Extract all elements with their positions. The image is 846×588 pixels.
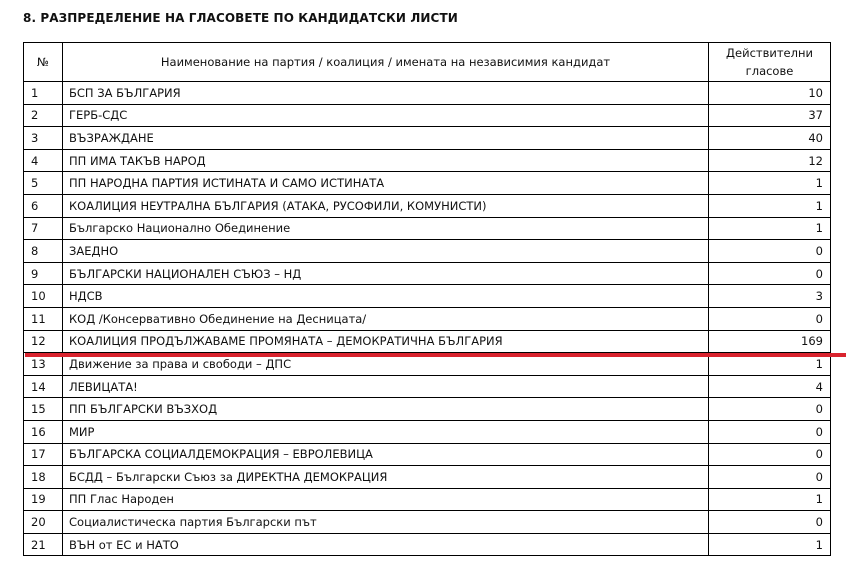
row-number: 20 <box>24 511 63 534</box>
party-name: БСДД – Български Съюз за ДИРЕКТНА ДЕМОКР… <box>63 466 709 489</box>
row-number: 8 <box>24 240 63 263</box>
valid-votes: 0 <box>709 240 831 263</box>
party-name: ПП БЪЛГАРСКИ ВЪЗХОД <box>63 398 709 421</box>
row-number: 11 <box>24 307 63 330</box>
party-name: Българско Национално Обединение <box>63 217 709 240</box>
row-number: 5 <box>24 172 63 195</box>
table-row: 2ГЕРБ-СДС37 <box>24 104 831 127</box>
row-number: 9 <box>24 262 63 285</box>
highlight-underline <box>25 353 846 357</box>
table-row: 19ПП Глас Народен1 <box>24 488 831 511</box>
valid-votes: 0 <box>709 420 831 443</box>
party-name: ВЪН от ЕС и НАТО <box>63 533 709 556</box>
header-valid-votes: Действителнигласове <box>709 43 831 82</box>
row-number: 10 <box>24 285 63 308</box>
header-votes-line2: гласове <box>746 64 794 78</box>
row-number: 17 <box>24 443 63 466</box>
party-name: ЛЕВИЦАТА! <box>63 375 709 398</box>
valid-votes: 1 <box>709 217 831 240</box>
table-row: 17БЪЛГАРСКА СОЦИАЛДЕМОКРАЦИЯ – ЕВРОЛЕВИЦ… <box>24 443 831 466</box>
row-number: 16 <box>24 420 63 443</box>
valid-votes: 3 <box>709 285 831 308</box>
table-row: 1БСП ЗА БЪЛГАРИЯ10 <box>24 82 831 105</box>
row-number: 18 <box>24 466 63 489</box>
row-number: 15 <box>24 398 63 421</box>
valid-votes: 4 <box>709 375 831 398</box>
table-row: 9БЪЛГАРСКИ НАЦИОНАЛЕН СЪЮЗ – НД0 <box>24 262 831 285</box>
row-number: 6 <box>24 194 63 217</box>
valid-votes: 1 <box>709 533 831 556</box>
party-name: Социалистическа партия Български път <box>63 511 709 534</box>
party-name: ПП ИМА ТАКЪВ НАРОД <box>63 149 709 172</box>
row-number: 19 <box>24 488 63 511</box>
row-number: 1 <box>24 82 63 105</box>
valid-votes: 10 <box>709 82 831 105</box>
party-name: БЪЛГАРСКИ НАЦИОНАЛЕН СЪЮЗ – НД <box>63 262 709 285</box>
valid-votes: 1 <box>709 488 831 511</box>
table-row: 21ВЪН от ЕС и НАТО1 <box>24 533 831 556</box>
table-row: 7Българско Национално Обединение1 <box>24 217 831 240</box>
party-name: ЗАЕДНО <box>63 240 709 263</box>
table-header-row: № Наименование на партия / коалиция / им… <box>24 43 831 82</box>
table-row: 14ЛЕВИЦАТА!4 <box>24 375 831 398</box>
party-name: ГЕРБ-СДС <box>63 104 709 127</box>
party-name: БЪЛГАРСКА СОЦИАЛДЕМОКРАЦИЯ – ЕВРОЛЕВИЦА <box>63 443 709 466</box>
valid-votes: 1 <box>709 194 831 217</box>
party-name: БСП ЗА БЪЛГАРИЯ <box>63 82 709 105</box>
row-number: 12 <box>24 330 63 353</box>
table-row: 10НДСВ3 <box>24 285 831 308</box>
table-row: 20Социалистическа партия Български път0 <box>24 511 831 534</box>
table-row: 11КОД /Консервативно Обединение на Десни… <box>24 307 831 330</box>
row-number: 4 <box>24 149 63 172</box>
header-party-name: Наименование на партия / коалиция / имен… <box>63 43 709 82</box>
party-name: МИР <box>63 420 709 443</box>
row-number: 21 <box>24 533 63 556</box>
valid-votes: 40 <box>709 127 831 150</box>
valid-votes: 0 <box>709 398 831 421</box>
table-row: 5ПП НАРОДНА ПАРТИЯ ИСТИНАТА И САМО ИСТИН… <box>24 172 831 195</box>
party-name: ПП Глас Народен <box>63 488 709 511</box>
party-name: КОАЛИЦИЯ НЕУТРАЛНА БЪЛГАРИЯ (АТАКА, РУСО… <box>63 194 709 217</box>
table-row: 18БСДД – Български Съюз за ДИРЕКТНА ДЕМО… <box>24 466 831 489</box>
table-row: 8ЗАЕДНО0 <box>24 240 831 263</box>
table-body: 1БСП ЗА БЪЛГАРИЯ102ГЕРБ-СДС373ВЪЗРАЖДАНЕ… <box>24 82 831 556</box>
valid-votes: 169 <box>709 330 831 353</box>
row-number: 14 <box>24 375 63 398</box>
party-name: КОД /Консервативно Обединение на Десница… <box>63 307 709 330</box>
header-number: № <box>24 43 63 82</box>
table-row: 15ПП БЪЛГАРСКИ ВЪЗХОД0 <box>24 398 831 421</box>
valid-votes: 1 <box>709 172 831 195</box>
votes-table: № Наименование на партия / коалиция / им… <box>23 42 831 556</box>
table-row: 3ВЪЗРАЖДАНЕ40 <box>24 127 831 150</box>
valid-votes: 12 <box>709 149 831 172</box>
party-name: ВЪЗРАЖДАНЕ <box>63 127 709 150</box>
row-number: 2 <box>24 104 63 127</box>
party-name: КОАЛИЦИЯ ПРОДЪЛЖАВАМЕ ПРОМЯНАТА – ДЕМОКР… <box>63 330 709 353</box>
table-row: 6КОАЛИЦИЯ НЕУТРАЛНА БЪЛГАРИЯ (АТАКА, РУС… <box>24 194 831 217</box>
row-number: 3 <box>24 127 63 150</box>
valid-votes: 0 <box>709 466 831 489</box>
section-title: 8. РАЗПРЕДЕЛЕНИЕ НА ГЛАСОВЕТЕ ПО КАНДИДА… <box>23 11 458 25</box>
row-number: 7 <box>24 217 63 240</box>
party-name: ПП НАРОДНА ПАРТИЯ ИСТИНАТА И САМО ИСТИНА… <box>63 172 709 195</box>
party-name: НДСВ <box>63 285 709 308</box>
header-votes-line1: Действителни <box>726 46 813 60</box>
valid-votes: 0 <box>709 511 831 534</box>
valid-votes: 0 <box>709 262 831 285</box>
valid-votes: 37 <box>709 104 831 127</box>
table-row: 12КОАЛИЦИЯ ПРОДЪЛЖАВАМЕ ПРОМЯНАТА – ДЕМО… <box>24 330 831 353</box>
valid-votes: 0 <box>709 443 831 466</box>
valid-votes: 0 <box>709 307 831 330</box>
table-row: 16МИР0 <box>24 420 831 443</box>
table-row: 4ПП ИМА ТАКЪВ НАРОД12 <box>24 149 831 172</box>
